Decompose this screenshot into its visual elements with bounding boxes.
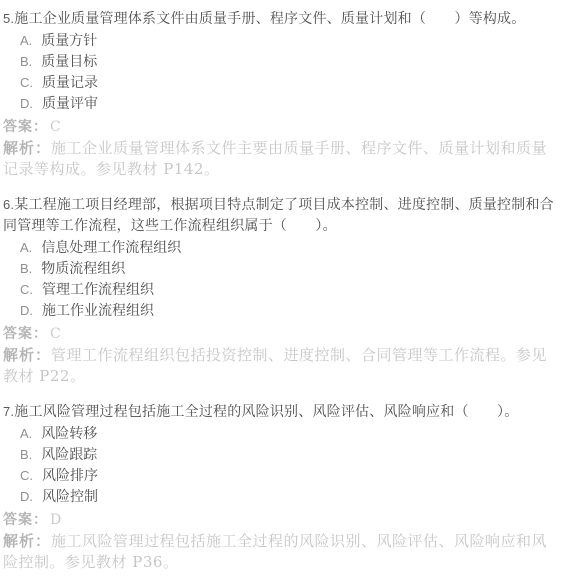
question-line: 5.施工企业质量管理体系文件由质量手册、程序文件、质量计划和（ ）等构成。 [3,8,562,29]
question-text: 施工企业质量管理体系文件由质量手册、程序文件、质量计划和（ ）等构成。 [14,10,525,26]
option-row: D.施工作业流程组织 [20,300,562,321]
option-text: 质量方针 [41,32,97,48]
option-letter: C. [20,75,33,90]
answer-row: 答案：C [3,117,562,138]
question-number: 7. [3,404,14,419]
explanation-row: 解析：管理工作流程组织包括投资控制、进度控制、合同管理等工作流程。参见教材 P2… [3,345,562,387]
explanation-text: 管理工作流程组织包括投资控制、进度控制、合同管理等工作流程。参见教材 P22。 [3,346,547,385]
answer-label: 答案： [3,326,48,342]
option-row: A.信息处理工作流程组织 [20,237,562,258]
question-number: 6. [3,197,14,212]
option-text: 风险排序 [42,467,98,483]
question-block-7: 7.施工风险管理过程包括施工全过程的风险识别、风险评估、风险响应和（ ）。 A.… [3,401,562,573]
option-letter: A. [20,426,32,441]
option-row: C.质量记录 [20,72,562,93]
answer-row: 答案：D [3,510,562,531]
option-text: 施工作业流程组织 [42,302,154,318]
option-row: B.质量目标 [20,51,562,72]
question-line: 7.施工风险管理过程包括施工全过程的风险识别、风险评估、风险响应和（ ）。 [3,401,562,422]
explanation-row: 解析：施工企业质量管理体系文件主要由质量手册、程序文件、质量计划和质量记录等构成… [3,138,562,180]
option-row: C.管理工作流程组织 [20,279,562,300]
option-text: 质量目标 [41,53,97,69]
option-letter: A. [20,240,32,255]
question-number: 5. [3,11,14,26]
explanation-label: 解析： [3,139,51,157]
option-row: C.风险排序 [20,465,562,486]
option-text: 风险转移 [41,425,97,441]
option-letter: B. [20,447,32,462]
option-text: 管理工作流程组织 [42,281,154,297]
explanation-text: 施工风险管理过程包括施工全过程的风险识别、风险评估、风险响应和风险控制。参见教材… [3,532,547,571]
question-line: 6.某工程施工项目经理部，根据项目特点制定了项目成本控制、进度控制、质量控制和合… [3,194,562,236]
option-letter: D. [20,303,33,318]
option-row: D.质量评审 [20,93,562,114]
option-row: A.质量方针 [20,30,562,51]
options-list: A.质量方针 B.质量目标 C.质量记录 D.质量评审 [3,30,562,114]
explanation-row: 解析：施工风险管理过程包括施工全过程的风险识别、风险评估、风险响应和风险控制。参… [3,531,562,573]
option-letter: A. [20,33,32,48]
explanation-text: 施工企业质量管理体系文件主要由质量手册、程序文件、质量计划和质量记录等构成。参见… [3,139,547,178]
page: { "page": { "background": "#ffffff", "qu… [0,0,564,582]
option-text: 风险跟踪 [41,446,97,462]
options-list: A.信息处理工作流程组织 B.物质流程组织 C.管理工作流程组织 D.施工作业流… [3,237,562,321]
option-row: D.风险控制 [20,486,562,507]
option-text: 质量评审 [42,95,98,111]
answer-value: C [50,119,61,135]
question-block-5: 5.施工企业质量管理体系文件由质量手册、程序文件、质量计划和（ ）等构成。 A.… [3,8,562,180]
option-letter: C. [20,468,33,483]
exam-document: 5.施工企业质量管理体系文件由质量手册、程序文件、质量计划和（ ）等构成。 A.… [0,0,564,573]
answer-row: 答案：C [3,324,562,345]
option-text: 质量记录 [42,74,98,90]
option-text: 风险控制 [42,488,98,504]
question-text: 施工风险管理过程包括施工全过程的风险识别、风险评估、风险响应和（ ）。 [14,403,518,419]
explanation-label: 解析： [3,346,51,364]
answer-value: C [50,326,61,342]
option-row: B.风险跟踪 [20,444,562,465]
option-row: B.物质流程组织 [20,258,562,279]
option-text: 信息处理工作流程组织 [41,239,181,255]
option-text: 物质流程组织 [41,260,125,276]
question-block-6: 6.某工程施工项目经理部，根据项目特点制定了项目成本控制、进度控制、质量控制和合… [3,194,562,387]
option-letter: C. [20,282,33,297]
question-text: 某工程施工项目经理部，根据项目特点制定了项目成本控制、进度控制、质量控制和合同管… [3,196,554,233]
answer-label: 答案： [3,119,48,135]
answer-value: D [50,512,61,528]
answer-label: 答案： [3,512,48,528]
option-letter: B. [20,54,32,69]
options-list: A.风险转移 B.风险跟踪 C.风险排序 D.风险控制 [3,423,562,507]
explanation-label: 解析： [3,532,51,550]
option-row: A.风险转移 [20,423,562,444]
option-letter: D. [20,489,33,504]
option-letter: B. [20,261,32,276]
option-letter: D. [20,96,33,111]
